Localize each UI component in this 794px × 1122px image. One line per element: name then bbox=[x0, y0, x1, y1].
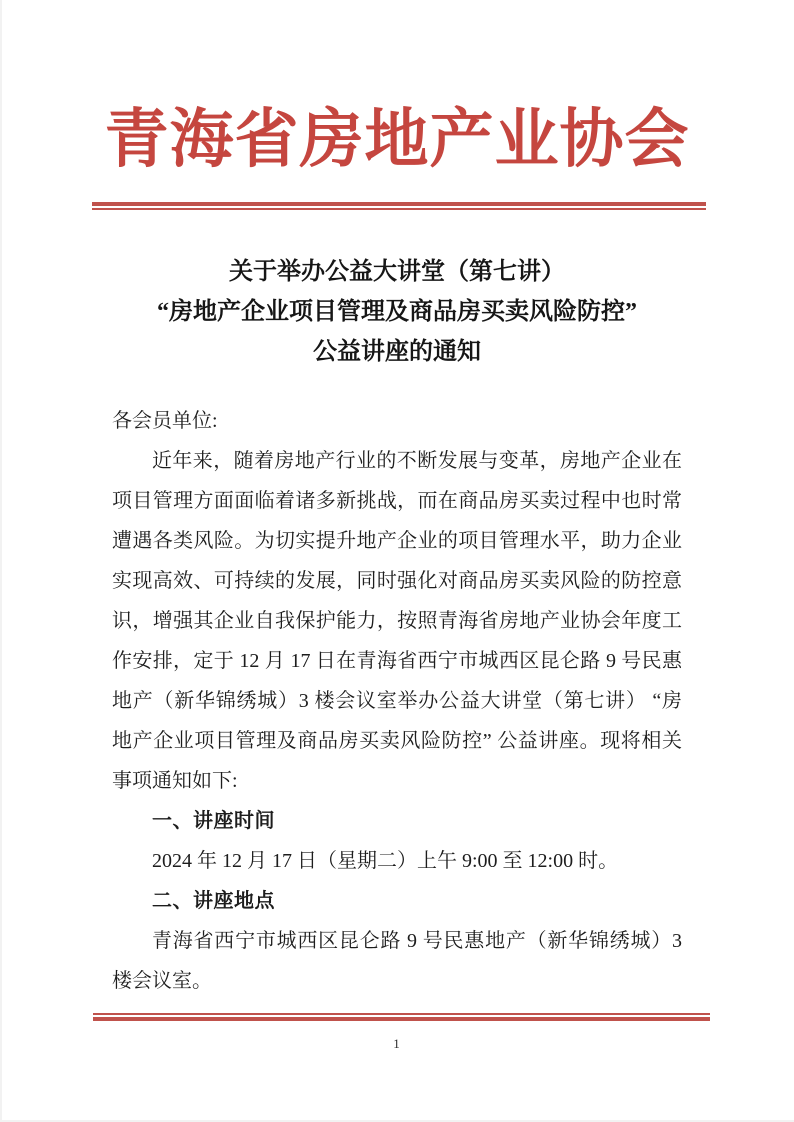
header-double-rule bbox=[92, 202, 706, 210]
title-line-3: 公益讲座的通知 bbox=[0, 332, 794, 372]
lecture-location-line: 青海省西宁市城西区昆仑路 9 号民惠地产（新华锦绣城）3 bbox=[112, 921, 682, 961]
lecture-location-line: 楼会议室。 bbox=[112, 961, 682, 1001]
header-rule-thin-bar bbox=[92, 208, 706, 210]
body-line: 地产（新华锦绣城）3 楼会议室举办公益大讲堂（第七讲） “房 bbox=[112, 681, 682, 721]
body-line: 事项通知如下: bbox=[112, 761, 682, 801]
document-page: 青海省房地产业协会 关于举办公益大讲堂（第七讲） “房地产企业项目管理及商品房买… bbox=[0, 0, 794, 1122]
body-line: 识，增强其企业自我保护能力，按照青海省房地产业协会年度工 bbox=[112, 601, 682, 641]
body-line: 项目管理方面面临着诸多新挑战，而在商品房买卖过程中也时常 bbox=[112, 481, 682, 521]
title-line-1: 关于举办公益大讲堂（第七讲） bbox=[0, 252, 794, 292]
body-line: 作安排，定于 12 月 17 日在青海省西宁市城西区昆仑路 9 号民惠 bbox=[112, 641, 682, 681]
document-body: 各会员单位: 近年来，随着房地产行业的不断发展与变革，房地产企业在 项目管理方面… bbox=[112, 401, 682, 1001]
title-line-2: “房地产企业项目管理及商品房买卖风险防控” bbox=[0, 292, 794, 332]
body-line: 遭遇各类风险。为切实提升地产企业的项目管理水平，助力企业 bbox=[112, 521, 682, 561]
salutation: 各会员单位: bbox=[112, 401, 682, 441]
section-heading-location: 二、讲座地点 bbox=[112, 881, 682, 921]
section-heading-time: 一、讲座时间 bbox=[112, 801, 682, 841]
document-title: 关于举办公益大讲堂（第七讲） “房地产企业项目管理及商品房买卖风险防控” 公益讲… bbox=[0, 252, 794, 372]
lecture-time-line: 2024 年 12 月 17 日（星期二）上午 9:00 至 12:00 时。 bbox=[112, 841, 682, 881]
body-line: 地产企业项目管理及商品房买卖风险防控” 公益讲座。现将相关 bbox=[112, 721, 682, 761]
footer-double-rule bbox=[93, 1013, 710, 1021]
body-line: 实现高效、可持续的发展，同时强化对商品房买卖风险的防控意 bbox=[112, 561, 682, 601]
letterhead-org-name: 青海省房地产业协会 bbox=[0, 88, 794, 180]
page-number: 1 bbox=[0, 1036, 794, 1052]
footer-rule-thick-bar bbox=[93, 1017, 710, 1021]
body-line: 近年来，随着房地产行业的不断发展与变革，房地产企业在 bbox=[112, 441, 682, 481]
